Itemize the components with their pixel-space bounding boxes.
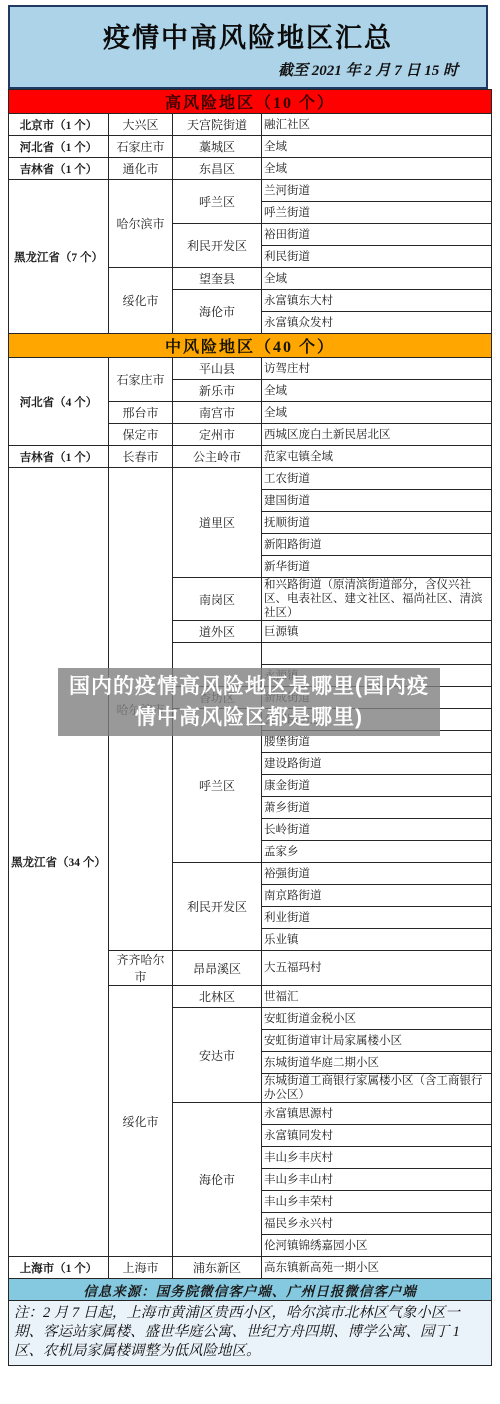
- page: 疫情中高风险地区汇总 截至 2021 年 2 月 7 日 15 时 高风险地区（…: [0, 0, 500, 1404]
- district-cell: 道里区: [173, 468, 262, 578]
- area-value-cell: 康金街道: [262, 775, 492, 797]
- area-value-cell: 永富镇东大村: [262, 290, 492, 312]
- area-value-cell: 东城街道华庭二期小区: [262, 1052, 492, 1074]
- table-row: 北京市（1 个）大兴区天宫院街道融汇社区: [9, 114, 492, 136]
- city-cell: 石家庄市: [109, 136, 173, 158]
- city-cell: 长春市: [109, 446, 173, 468]
- district-cell: 天宫院街道: [173, 114, 262, 136]
- section-bar: 高风险地区（10 个）: [9, 90, 492, 114]
- area-value-cell: 福民乡永兴村: [262, 1213, 492, 1235]
- area-value-cell: 裕田街道: [262, 224, 492, 246]
- area-value-cell: 丰山乡丰荣村: [262, 1191, 492, 1213]
- watermark-line-1: 国内的疫情高风险地区是哪里(国内疫: [58, 671, 440, 702]
- area-value-cell: 建设路街道: [262, 753, 492, 775]
- area-value-cell: 建国街道: [262, 490, 492, 512]
- city-cell: 大兴区: [109, 114, 173, 136]
- area-value-cell: 丰山乡丰庆村: [262, 1147, 492, 1169]
- table-row: 黑龙江省（7 个）哈尔滨市呼兰区兰河街道: [9, 180, 492, 202]
- district-cell: 平山县: [173, 358, 262, 380]
- table-row: 吉林省（1 个）通化市东昌区全域: [9, 158, 492, 180]
- area-value-cell: 全域: [262, 402, 492, 424]
- area-value-cell: 丰山乡丰山村: [262, 1169, 492, 1191]
- district-cell: 望奎县: [173, 268, 262, 290]
- district-cell: 呼兰区: [173, 180, 262, 224]
- district-cell: 道外区: [173, 621, 262, 643]
- page-title: 疫情中高风险地区汇总: [10, 16, 486, 55]
- district-cell: 利民开发区: [173, 863, 262, 951]
- province-cell: 上海市（1 个）: [9, 1257, 109, 1279]
- area-value-cell: 长岭街道: [262, 819, 492, 841]
- table-row: 河北省（4 个）石家庄市平山县访驾庄村: [9, 358, 492, 380]
- area-value-cell: [262, 643, 492, 665]
- area-value-cell: 范家屯镇全域: [262, 446, 492, 468]
- district-cell: 东昌区: [173, 158, 262, 180]
- district-cell: 定州市: [173, 424, 262, 446]
- source-row: 信息来源：国务院微信客户端、广州日报微信客户端: [9, 1279, 492, 1301]
- area-value-cell: 萧乡街道: [262, 797, 492, 819]
- section-bar-row: 高风险地区（10 个）: [9, 90, 492, 114]
- district-cell: 安达市: [173, 1008, 262, 1103]
- area-value-cell: 全域: [262, 158, 492, 180]
- area-value-cell: 全域: [262, 268, 492, 290]
- district-cell: 北林区: [173, 986, 262, 1008]
- area-value-cell: 孟家乡: [262, 841, 492, 863]
- source-bar: 信息来源：国务院微信客户端、广州日报微信客户端: [9, 1279, 492, 1301]
- province-cell: 河北省（4 个）: [9, 358, 109, 446]
- area-value-cell: 和兴路街道（原清滨街道部分，含仪兴社区、电表社区、建文社区、福尚社区、清滨社区）: [262, 578, 492, 621]
- district-cell: 新乐市: [173, 380, 262, 402]
- province-cell: 吉林省（1 个）: [9, 446, 109, 468]
- area-value-cell: 全域: [262, 136, 492, 158]
- area-value-cell: 工农街道: [262, 468, 492, 490]
- area-value-cell: 南京路街道: [262, 885, 492, 907]
- city-cell: 上海市: [109, 1257, 173, 1279]
- area-value-cell: 抚顺街道: [262, 512, 492, 534]
- area-value-cell: 利民街道: [262, 246, 492, 268]
- area-value-cell: 兰河街道: [262, 180, 492, 202]
- watermark-line-2: 情中高风险区都是哪里): [58, 702, 440, 733]
- area-value-cell: 大五福玛村: [262, 951, 492, 986]
- province-cell: 河北省（1 个）: [9, 136, 109, 158]
- district-cell: 藁城区: [173, 136, 262, 158]
- province-cell: 黑龙江省（34 个）: [9, 468, 109, 1257]
- area-value-cell: 永富镇众发村: [262, 312, 492, 334]
- province-cell: 吉林省（1 个）: [9, 158, 109, 180]
- district-cell: 昂昂溪区: [173, 951, 262, 986]
- table-row: 河北省（1 个）石家庄市藁城区全域: [9, 136, 492, 158]
- area-value-cell: 融汇社区: [262, 114, 492, 136]
- area-value-cell: 利业街道: [262, 907, 492, 929]
- district-cell: 利民开发区: [173, 224, 262, 268]
- area-value-cell: 全域: [262, 380, 492, 402]
- district-cell: 浦东新区: [173, 1257, 262, 1279]
- area-value-cell: 高东镇新高苑一期小区: [262, 1257, 492, 1279]
- city-cell: 绥化市: [109, 268, 173, 334]
- note-text: 注：2 月 7 日起，上海市黄浦区贵西小区，哈尔滨市北林区气象小区一期、客运站家…: [8, 1301, 492, 1366]
- area-value-cell: 永富镇思源村: [262, 1103, 492, 1125]
- table-row: 吉林省（1 个）长春市公主岭市范家屯镇全域: [9, 446, 492, 468]
- district-cell: 海伦市: [173, 290, 262, 334]
- city-cell: 齐齐哈尔市: [109, 951, 173, 986]
- area-value-cell: 新阳路街道: [262, 534, 492, 556]
- city-cell: 通化市: [109, 158, 173, 180]
- header: 疫情中高风险地区汇总 截至 2021 年 2 月 7 日 15 时: [8, 5, 488, 89]
- area-value-cell: 安虹街道金税小区: [262, 1008, 492, 1030]
- city-cell: 邢台市: [109, 402, 173, 424]
- table-row: 上海市（1 个）上海市浦东新区高东镇新高苑一期小区: [9, 1257, 492, 1279]
- area-value-cell: 裕强街道: [262, 863, 492, 885]
- section-bar: 中风险地区（40 个）: [9, 334, 492, 358]
- area-value-cell: 乐业镇: [262, 929, 492, 951]
- area-value-cell: 新华街道: [262, 556, 492, 578]
- area-value-cell: 永富镇同发村: [262, 1125, 492, 1147]
- area-value-cell: 安虹街道审计局家属楼小区: [262, 1030, 492, 1052]
- as-of-date: 截至 2021 年 2 月 7 日 15 时: [278, 59, 458, 80]
- district-cell: 海伦市: [173, 1103, 262, 1257]
- district-cell: 南宫市: [173, 402, 262, 424]
- area-value-cell: 东城街道工商银行家属楼小区（含工商银行办公区）: [262, 1074, 492, 1103]
- province-cell: 黑龙江省（7 个）: [9, 180, 109, 334]
- city-cell: 保定市: [109, 424, 173, 446]
- area-value-cell: 呼兰街道: [262, 202, 492, 224]
- watermark-overlay: 国内的疫情高风险地区是哪里(国内疫 情中高风险区都是哪里): [58, 668, 440, 736]
- area-value-cell: 伦河镇锦绣嘉园小区: [262, 1235, 492, 1257]
- district-cell: 公主岭市: [173, 446, 262, 468]
- city-cell: 石家庄市: [109, 358, 173, 402]
- section-bar-row: 中风险地区（40 个）: [9, 334, 492, 358]
- district-cell: 南岗区: [173, 578, 262, 621]
- area-value-cell: 西城区庞白土新民居北区: [262, 424, 492, 446]
- area-value-cell: 世福汇: [262, 986, 492, 1008]
- city-cell: 绥化市: [109, 986, 173, 1257]
- city-cell: 哈尔滨市: [109, 180, 173, 268]
- area-value-cell: 访驾庄村: [262, 358, 492, 380]
- province-cell: 北京市（1 个）: [9, 114, 109, 136]
- table-row: 黑龙江省（34 个）哈尔滨市道里区工农街道: [9, 468, 492, 490]
- area-value-cell: 巨源镇: [262, 621, 492, 643]
